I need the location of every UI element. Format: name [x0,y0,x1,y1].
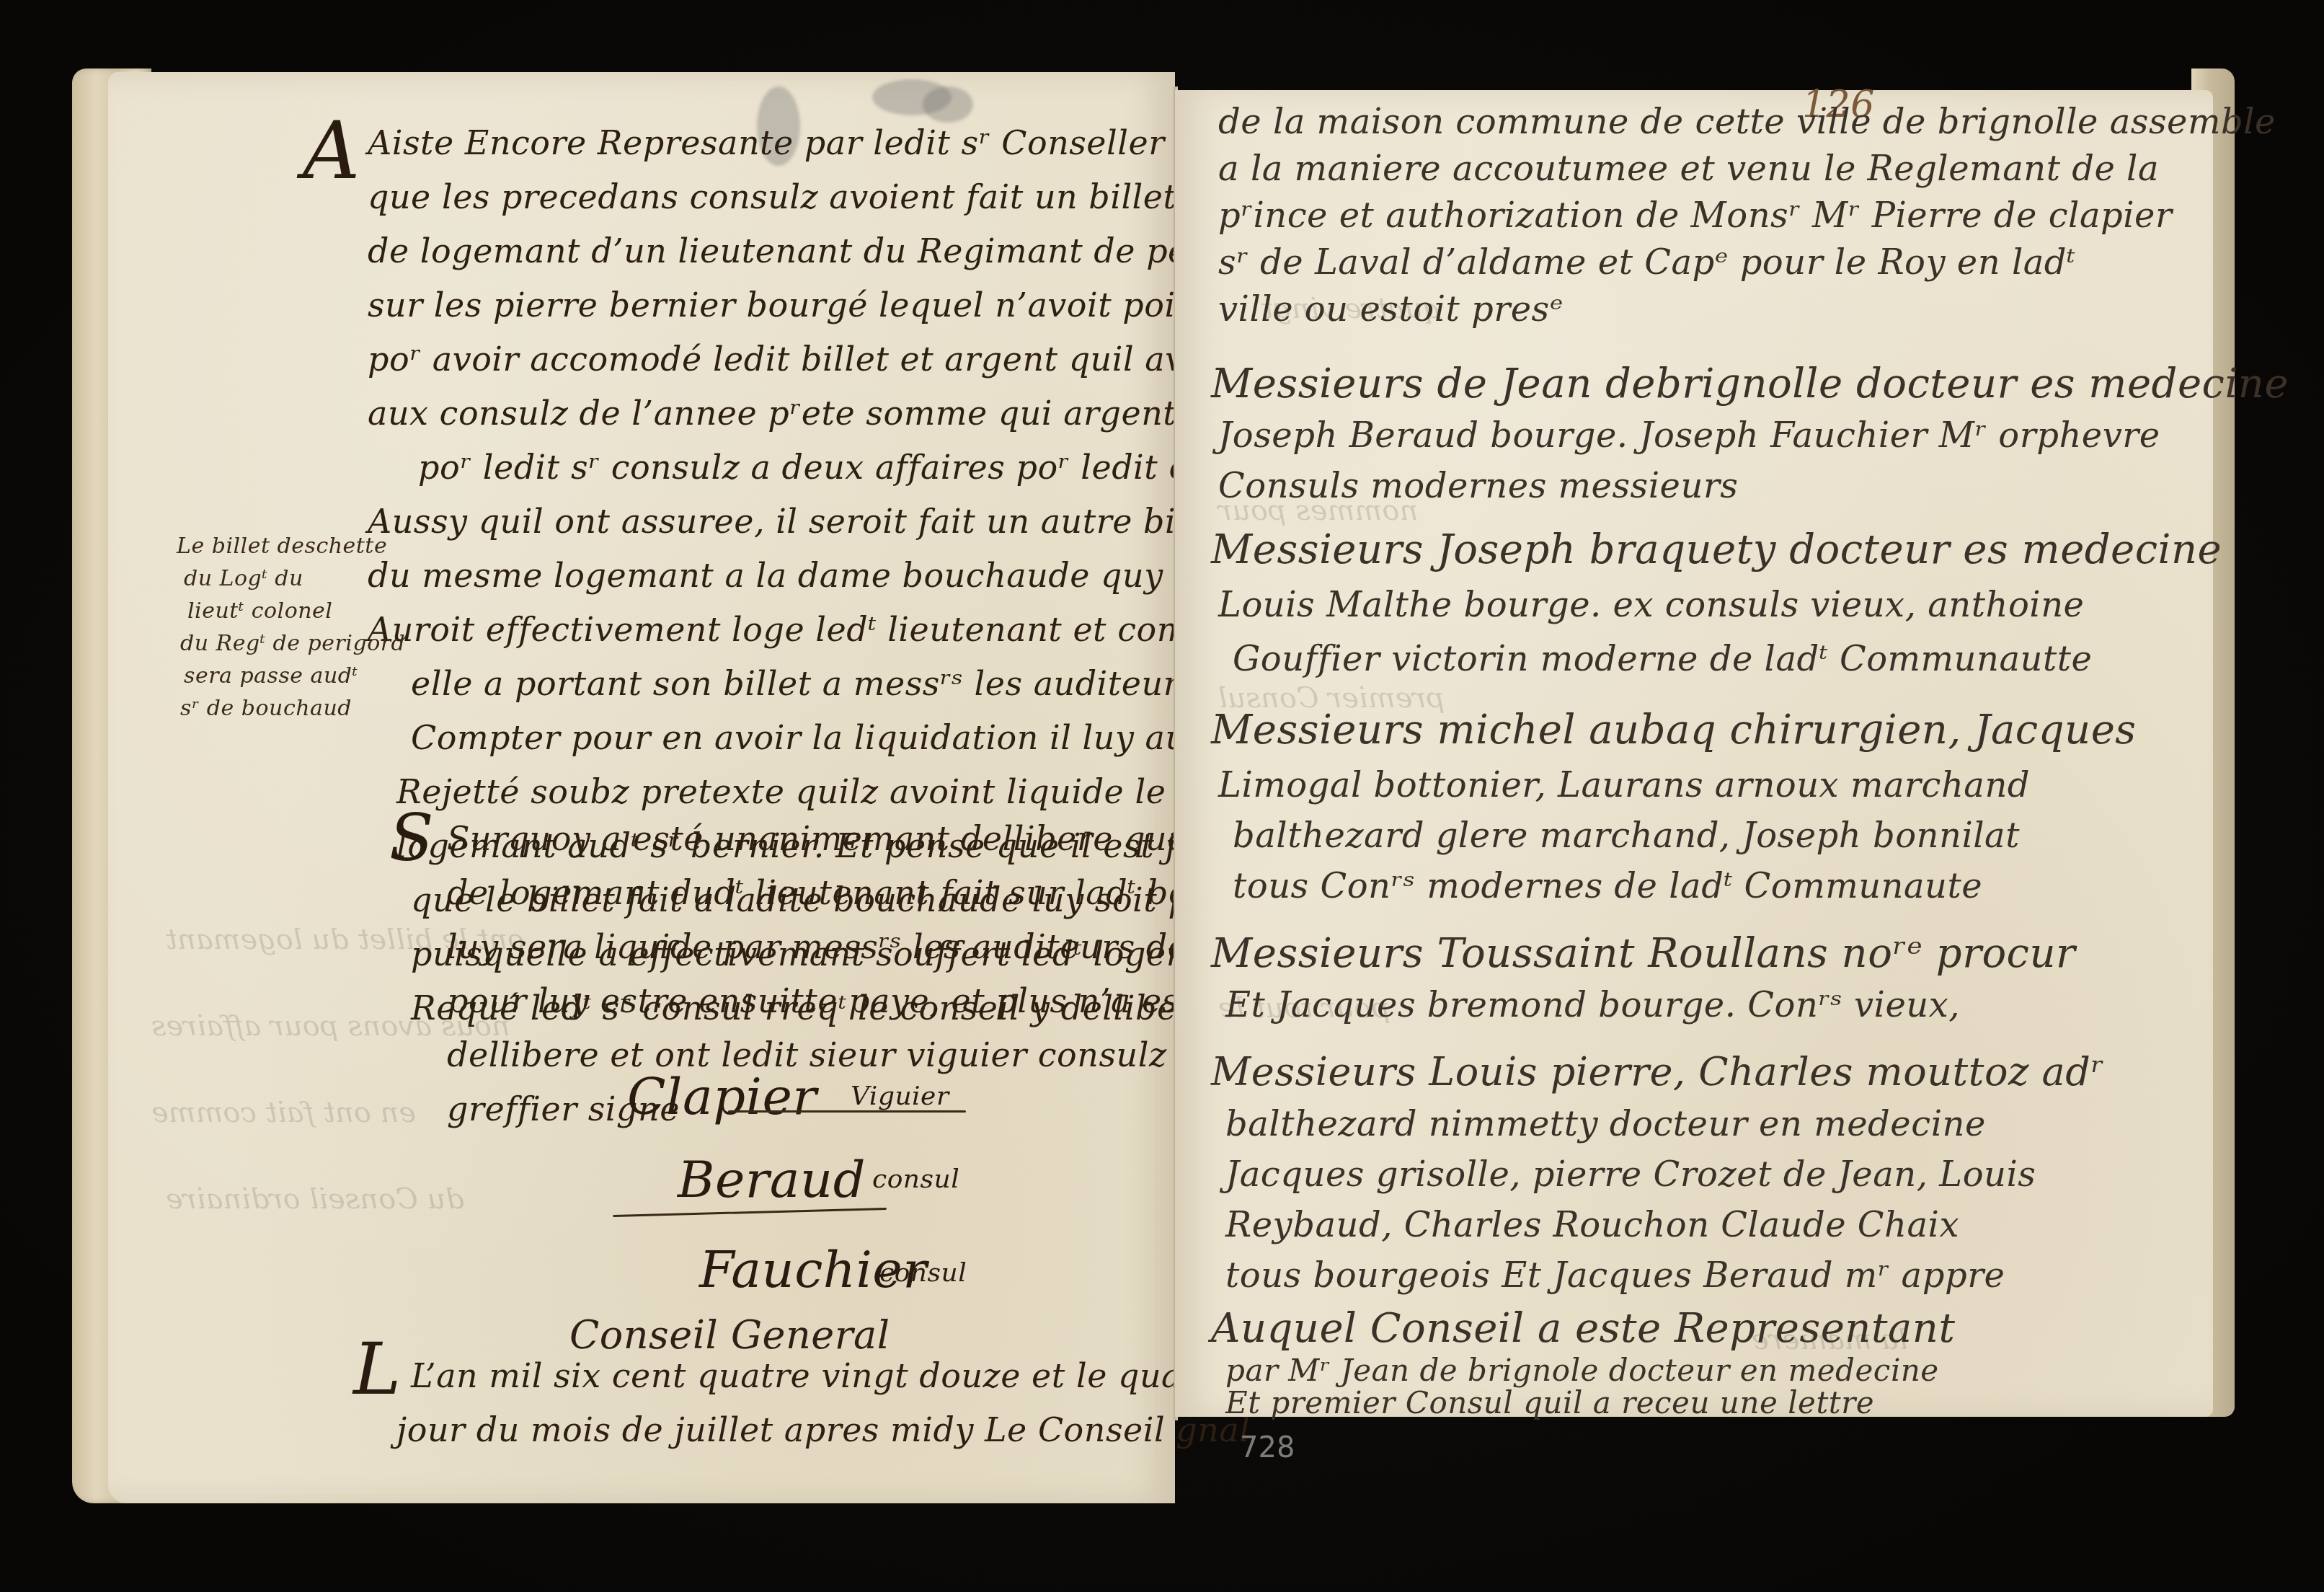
decorative-initial: S [389,800,434,876]
text-line: Messieurs Joseph braquety docteur es med… [1211,530,2222,570]
bleed-through-text: en ont fait comme [151,1096,416,1129]
text-line: Aiste Encore Represante par ledit sʳ Con… [368,126,1165,159]
decorative-initial: L [353,1327,402,1411]
text-line: Aussy quil ont assuree, il seroit fait u… [368,505,1231,538]
margin-note-line: du Regᵗ de perigord [180,631,405,656]
text-line: tous bourgeois Et Jacques Beraud mʳ appr… [1225,1258,2005,1293]
text-line: de la maison commune de cette ville de b… [1218,105,2276,139]
text-line: jour du mois de juillet apres midy Le Co… [396,1413,1250,1446]
text-line: Auquel Conseil a este Representant [1211,1309,1955,1349]
text-line: Messieurs michel aubaq chirurgien, Jacqu… [1211,710,2137,751]
text-line: tous Conʳˢ modernes de ladᵗ Communaute [1233,869,1982,903]
text-line: pour luy estre ensuitte paye, et plus n’… [447,984,1213,1017]
text-line: balthezard nimmetty docteur en medecine [1225,1107,1986,1141]
signature-viguier: Viguier [851,1082,949,1111]
text-line: Louis Malthe bourge. ex consuls vieux, a… [1218,588,2084,622]
margin-note-line: du Logᵗ du [184,566,303,591]
decorative-initial: A [303,105,360,197]
text-line: Joseph Beraud bourge. Joseph Fauchier Mʳ… [1218,418,2160,453]
signature-clapier: Clapier [627,1067,817,1126]
text-line: Et premier Consul quil a receu une lettr… [1225,1388,1874,1418]
text-line: sʳ de Laval d’aldame et Capᵉ pour le Roy… [1218,245,2075,280]
text-line: Messieurs Louis pierre, Charles mouttoz … [1211,1053,2105,1092]
text-line: ville ou estoit presᵉ [1218,292,1564,327]
text-line: balthezard glere marchand, Joseph bonnil… [1233,818,2020,853]
text-line: Rejetté soubz pretexte quilz avoint liqu… [396,775,1298,808]
text-line: Jacques grisolle, pierre Crozet de Jean,… [1225,1157,2036,1192]
text-line: Gouffier victorin moderne de ladᵗ Commun… [1233,642,2092,676]
text-line: Messieurs de Jean debrignolle docteur es… [1211,364,2289,404]
right-page: 126 quatre vingt nommes pour premier Con… [1175,90,2213,1417]
text-line: L’an mil six cent quatre vingt douze et … [411,1359,1269,1392]
ink-stain [923,87,973,123]
text-line: Messieurs Toussaint Roullans noʳᵉ procur [1211,934,2075,974]
text-line: que les precedans consulz avoient fait u… [368,180,1177,213]
signature-underline [728,1110,966,1113]
margin-note-line: lieutᵗ colonel [187,598,332,624]
signature-beraud: Beraud [678,1150,866,1209]
section-heading: Conseil General [569,1312,890,1358]
text-line: de logemant d’un lieutenant du Regimant … [368,234,1287,267]
signature-role-consul: consul [872,1164,959,1194]
margin-note-line: sʳ de bouchaud [180,696,352,721]
margin-note-line: sera passe audᵗ [184,663,358,689]
text-line: sur les pierre bernier bourgé lequel n’a… [368,288,1310,322]
text-line: Auroit effectivement loge ledᵗ lieutenan… [368,613,1241,646]
text-line: Limogal bottonier, Laurans arnoux marcha… [1218,768,2030,802]
bleed-through-text: du Conseil ordinaire [166,1182,464,1216]
text-line: a la maniere accoutumee et venu le Regle… [1218,151,2159,186]
document-photograph: ont le billet du logemant nous avons pou… [0,0,2324,1592]
text-line: Et Jacques bremond bourge. Conʳˢ vieux, [1225,988,1960,1022]
text-line: Reybaud, Charles Rouchon Claude Chaix [1225,1208,1959,1242]
margin-note-line: Le billet deschette [177,534,387,559]
text-line: Consuls modernes messieurs [1218,469,1738,503]
text-line: par Mʳ Jean de brignole docteur en medec… [1225,1356,1939,1386]
pencil-page-number: 728 [1240,1431,1295,1464]
text-line: poʳ ledit sʳ consulz a deux affaires poʳ… [418,451,1300,484]
text-line: elle a portant son billet a messʳˢ les a… [411,667,1249,700]
text-line: du mesme logemant a la dame bouchaude qu… [368,559,1163,592]
left-page: ont le billet du logemant nous avons pou… [108,72,1175,1503]
signature-role-consul: consul [879,1258,967,1288]
text-line: pʳince et authorization de Monsʳ Mʳ Pier… [1218,198,2172,233]
text-line: dellibere et ont ledit sieur viguier con… [447,1038,1211,1071]
